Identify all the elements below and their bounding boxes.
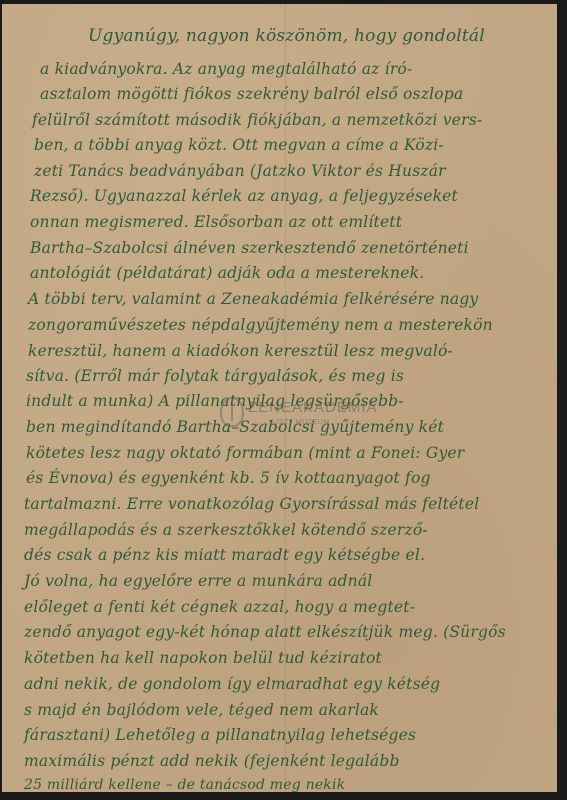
letter-line: sítva. (Erről már folytak tárgyalások, é… (26, 367, 404, 385)
letter-line: asztalom mögötti fiókos szekrény balról … (40, 85, 463, 103)
letter-line: a kiadványokra. Az anyag megtalálható az… (40, 60, 412, 78)
letter-line: adni nekik, de gondolom így elmaradhat e… (24, 675, 440, 693)
letter-line: Rezső). Ugyanazzal kérlek az anyag, a fe… (30, 187, 458, 205)
letter-line: Ugyanúgy, nagyon köszönöm, hogy gondoltá… (88, 26, 485, 46)
letter-page: Ugyanúgy, nagyon köszönöm, hogy gondoltá… (2, 4, 557, 792)
letter-line: zongoraművészetes népdalgyűjtemény nem a… (28, 316, 493, 334)
letter-line: kötetes lesz nagy oktató formában (mint … (26, 444, 464, 462)
museum-watermark: ZENEAKADÉMIA LISZT MÚZEUM (220, 397, 360, 431)
letter-line: Jó volna, ha egyelőre erre a munkára adn… (24, 572, 372, 590)
watermark-name: ZENEAKADÉMIA (248, 399, 378, 416)
letter-line: 25 milliárd kellene – de tanácsod meg ne… (24, 777, 345, 793)
letter-line: Bartha–Szabolcsi álnéven szerkesztendő z… (30, 239, 469, 257)
letter-line: antológiát (példatárat) adják oda a mest… (30, 264, 424, 282)
letter-line: dés csak a pénz kis miatt maradt egy két… (24, 546, 425, 564)
letter-line: maximális pénzt add nekik (fejenként leg… (24, 752, 400, 770)
crest-icon (220, 397, 244, 427)
letter-line: A többi terv, valamint a Zeneakadémia fe… (28, 290, 478, 308)
letter-line: és Évnova) és egyenként kb. 5 ív kottaan… (26, 469, 431, 487)
letter-line: fárasztani) Lehetőleg a pillanatnyilag l… (24, 726, 416, 744)
letter-line: ben, a többi anyag közt. Ott megvan a cí… (34, 136, 444, 154)
watermark-subtitle: LISZT MÚZEUM (272, 419, 330, 426)
letter-line: zeti Tanács beadványában (Jatzko Viktor … (34, 162, 446, 180)
letter-line: zendő anyagot egy-két hónap alatt elkész… (24, 623, 506, 641)
letter-line: onnan megismered. Elsősorban az ott emlí… (30, 213, 402, 231)
letter-line: keresztül, hanem a kiadókon keresztül le… (28, 342, 453, 360)
letter-line: felülről számított második fiókjában, a … (32, 111, 482, 129)
letter-line: megállapodás és a szerkesztőkkel kötendő… (24, 521, 428, 539)
letter-line: s majd én bajlódom vele, téged nem akarl… (24, 701, 379, 719)
letter-line: előleget a fenti két cégnek azzal, hogy … (24, 598, 415, 616)
letter-line: kötetben ha kell napokon belül tud kézir… (24, 649, 382, 667)
letter-line: tartalmazni. Erre vonatkozólag Gyorsírás… (24, 495, 479, 513)
